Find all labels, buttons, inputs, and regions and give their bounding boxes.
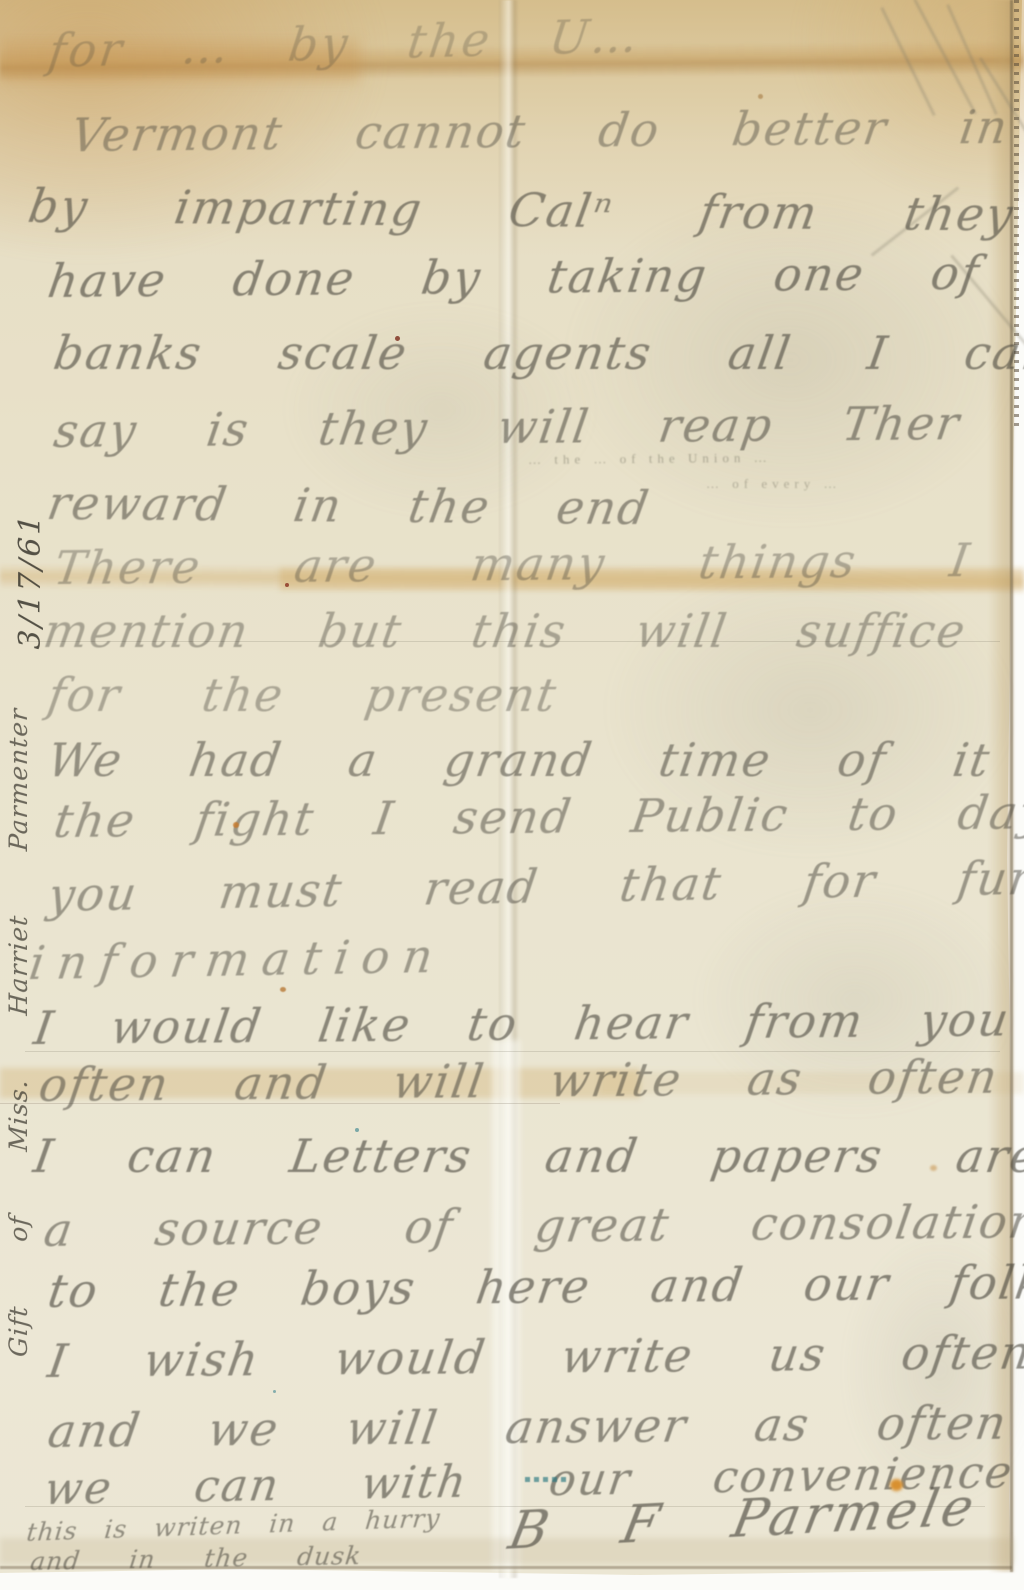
letter-line: and we will answer as often as (45, 1399, 1024, 1455)
foxing-spot (930, 1165, 937, 1171)
teal-ink-speck (273, 1390, 276, 1393)
letter-line: information (27, 933, 449, 986)
teal-ink-speck (355, 1128, 359, 1132)
letter-line: banks scale agents all I can (51, 330, 1024, 376)
letter-line: say is they will reap Ther own (51, 399, 1024, 454)
letter-line: I can Letters and papers are a (31, 1133, 1024, 1179)
margin-provenance-note: Gift of Miss. Harriet Parmenter (6, 707, 31, 1358)
foxing-spot (758, 94, 763, 99)
margin-date: 3/17/61 (16, 511, 46, 650)
foxing-spot (890, 1479, 903, 1491)
foxing-spot (285, 583, 289, 587)
letter-line: by imparting Calⁿ from they (25, 183, 1018, 238)
letter-line: Vermont cannot do better in (68, 104, 1012, 158)
letter-line: I wish would write us oftener (45, 1329, 1024, 1384)
printed-bleedthrough-line: … of every … (706, 476, 841, 492)
letter-line: mention but this will suffice (41, 608, 970, 654)
letter-line: for the present (45, 672, 561, 718)
letter-line: I would like to hear from you (31, 996, 1013, 1051)
foxing-spot (395, 336, 400, 341)
postscript-line: and in the dusk (29, 1543, 363, 1574)
foxing-spot (233, 822, 239, 828)
letter-line: the fight I send Public to day (51, 789, 1024, 844)
letter-scan: … the … of the Union … … of every … for … (0, 0, 1024, 1590)
letter-line: a source of great consolation (41, 1198, 1024, 1253)
letter-line: There are many things I may (51, 535, 1024, 591)
letter-line: have done by taking one of Fair (45, 248, 1024, 304)
foxing-spot (280, 987, 286, 992)
letter-line: to the boys here and our folks (45, 1259, 1024, 1314)
letter-line: reward in the end (44, 480, 653, 531)
letter-line: often and will write as often as (36, 1053, 1024, 1108)
letter-line: We had a grand time of it in (45, 737, 1024, 783)
